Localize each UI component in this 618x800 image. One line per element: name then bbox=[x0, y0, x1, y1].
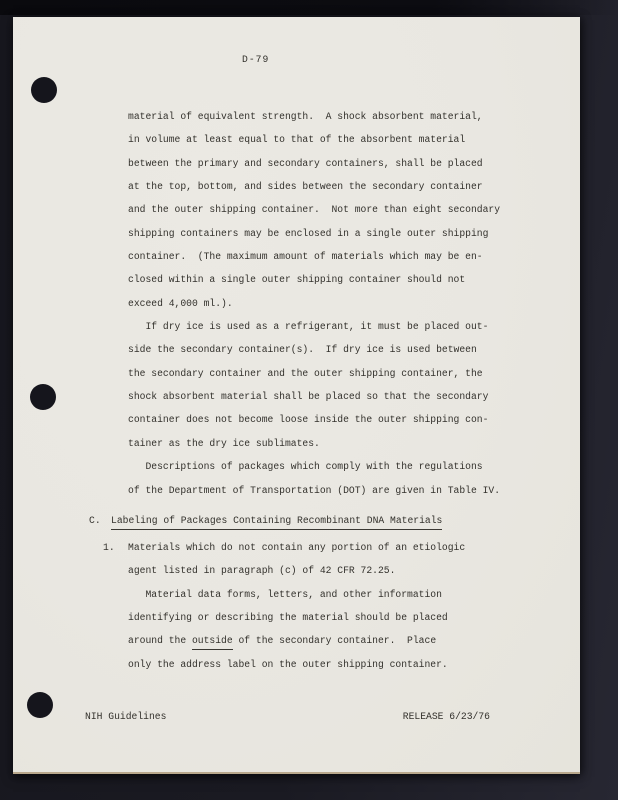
section-heading-c: C.Labeling of Packages Containing Recomb… bbox=[89, 513, 442, 530]
text-line: around the outside of the secondary cont… bbox=[128, 629, 465, 652]
text-segment: of the secondary container. Place bbox=[233, 635, 436, 646]
text-line: Material data forms, letters, and other … bbox=[128, 583, 465, 606]
text-line: in volume at least equal to that of the … bbox=[128, 128, 500, 151]
text-line: Materials which do not contain any porti… bbox=[128, 536, 465, 559]
text-line: closed within a single outer shipping co… bbox=[128, 268, 500, 291]
text-line: side the secondary container(s). If dry … bbox=[128, 338, 500, 361]
background-top-strip bbox=[0, 0, 618, 15]
punch-hole-bottom bbox=[27, 692, 53, 718]
paragraph-dry-ice: If dry ice is used as a refrigerant, it … bbox=[128, 315, 500, 455]
text-line: tainer as the dry ice sublimates. bbox=[128, 432, 500, 455]
text-line: If dry ice is used as a refrigerant, it … bbox=[128, 315, 500, 338]
scan-background: D-79 material of equivalent strength. A … bbox=[0, 0, 618, 800]
text-line: material of equivalent strength. A shock… bbox=[128, 105, 500, 128]
footer-left: NIH Guidelines bbox=[85, 709, 166, 725]
text-line: shipping containers may be enclosed in a… bbox=[128, 222, 500, 245]
list-item-number: 1. bbox=[103, 536, 115, 559]
list-item-1: 1. Materials which do not contain any po… bbox=[128, 536, 465, 676]
page-footer: NIH Guidelines RELEASE 6/23/76 bbox=[85, 709, 490, 725]
document-page: D-79 material of equivalent strength. A … bbox=[13, 17, 580, 774]
body-text: material of equivalent strength. A shock… bbox=[128, 105, 500, 502]
text-line: between the primary and secondary contai… bbox=[128, 152, 500, 175]
footer-right: RELEASE 6/23/76 bbox=[403, 709, 490, 725]
text-segment: around the bbox=[128, 635, 192, 646]
text-line: the secondary container and the outer sh… bbox=[128, 362, 500, 385]
text-line: agent listed in paragraph (c) of 42 CFR … bbox=[128, 559, 465, 582]
text-line: and the outer shipping container. Not mo… bbox=[128, 198, 500, 221]
paragraph-dot-regulations: Descriptions of packages which comply wi… bbox=[128, 455, 500, 502]
underlined-word: outside bbox=[192, 634, 233, 650]
text-line: Descriptions of packages which comply wi… bbox=[128, 455, 500, 478]
punch-hole-top bbox=[31, 77, 57, 103]
text-line: at the top, bottom, and sides between th… bbox=[128, 175, 500, 198]
text-line: of the Department of Transportation (DOT… bbox=[128, 479, 500, 502]
text-line: shock absorbent material shall be placed… bbox=[128, 385, 500, 408]
text-line: container does not become loose inside t… bbox=[128, 408, 500, 431]
section-label: C. bbox=[89, 513, 111, 529]
punch-hole-middle bbox=[30, 384, 56, 410]
text-line: only the address label on the outer ship… bbox=[128, 653, 465, 676]
paragraph-shock-absorbent: material of equivalent strength. A shock… bbox=[128, 105, 500, 315]
text-line: exceed 4,000 ml.). bbox=[128, 292, 500, 315]
section-title: Labeling of Packages Containing Recombin… bbox=[111, 514, 442, 530]
text-line: container. (The maximum amount of materi… bbox=[128, 245, 500, 268]
list-item-lines: Materials which do not contain any porti… bbox=[128, 536, 465, 583]
text-line: identifying or describing the material s… bbox=[128, 606, 465, 629]
page-number: D-79 bbox=[242, 52, 269, 68]
